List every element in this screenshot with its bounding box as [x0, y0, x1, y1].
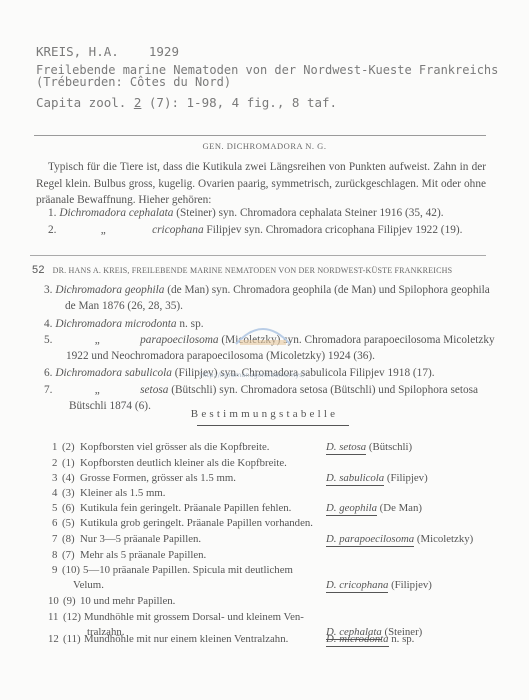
key-step-ref: (10)	[62, 564, 80, 576]
species-name: D. parapoecilosoma	[326, 533, 414, 547]
species-author: (Micoletzky)	[414, 533, 473, 545]
key-step-text: Grosse Formen, grösser als 1.5 mm.	[80, 472, 236, 484]
key-step-ref: (4)	[62, 472, 75, 484]
key-title-underline	[197, 425, 349, 426]
key-step-ref: (2)	[62, 441, 75, 453]
species-author: (Filipjev)	[384, 472, 427, 484]
key-step-text: Kutikula fein geringelt. Präanale Papill…	[80, 502, 291, 514]
key-step-number: 2	[52, 457, 57, 469]
key-step-ref: (11)	[63, 633, 81, 645]
key-species-result: D. geophila (De Man)	[326, 502, 422, 514]
species-item-2: 2. „ cricophana Filipjev syn. Chromadora…	[48, 224, 462, 236]
key-step-number: 9	[52, 564, 57, 576]
running-head: 52DR. HANS A. KREIS, FREILEBENDE MARINE …	[32, 264, 452, 276]
title-line-2: (Trébeurden: Côtes du Nord)	[36, 76, 231, 88]
key-step-text: Mehr als 5 präanale Papillen.	[80, 549, 206, 561]
citation-prefix: Capita zool.	[36, 95, 134, 110]
species-name: D. cricophana	[326, 579, 388, 593]
key-step-text-cont: Velum.	[73, 579, 104, 591]
species-item-3: 3. Dichromadora geophila (de Man) syn. C…	[44, 284, 490, 296]
key-species-result: D. setosa (Bütschli)	[326, 441, 412, 453]
species-item-7: 7. „ setosa (Bütschli) syn. Chromadora s…	[44, 384, 478, 396]
species-name: D. sabulicola	[326, 472, 384, 486]
key-step-ref: (9)	[63, 595, 76, 607]
divider-page-break	[30, 255, 486, 256]
species-author: (Filipjev)	[388, 579, 431, 591]
species-name: D. microdonta	[326, 633, 389, 647]
key-step-text: Kleiner als 1.5 mm.	[80, 487, 165, 499]
species-name: D. setosa	[326, 441, 366, 455]
key-step-ref: (6)	[62, 502, 75, 514]
key-step-number: 8	[52, 549, 57, 561]
key-step-ref: (3)	[62, 487, 75, 499]
watermark-logo	[228, 318, 298, 348]
citation: Capita zool. 2 (7): 1-98, 4 fig., 8 taf.	[36, 95, 337, 110]
genus-description: Typisch für die Tiere ist, dass die Kuti…	[36, 159, 486, 209]
key-step-text: 10 und mehr Papillen.	[80, 595, 175, 607]
key-step-number: 12	[48, 633, 59, 645]
running-head-text: DR. HANS A. KREIS, FREILEBENDE MARINE NE…	[53, 266, 453, 275]
key-step-number: 7	[52, 533, 57, 545]
watermark-arc-icon	[228, 318, 298, 348]
key-species-result: D. cricophana (Filipjev)	[326, 579, 432, 591]
key-species-result: D. microdonta n. sp.	[326, 633, 414, 645]
key-step-ref: (1)	[62, 457, 75, 469]
divider-top	[34, 135, 486, 136]
key-step-ref: (12)	[63, 611, 81, 623]
key-step-text: Kopfborsten deutlich kleiner als die Kop…	[80, 457, 287, 469]
author-year: KREIS, H.A. 1929	[36, 44, 179, 59]
key-step-number: 1	[52, 441, 57, 453]
key-step-number: 3	[52, 472, 57, 484]
key-step-text: Kutikula grob geringelt. Präanale Papill…	[80, 517, 313, 529]
species-author: n. sp.	[389, 633, 415, 645]
species-item-3-cont: de Man 1876 (26, 28, 35).	[65, 300, 183, 312]
species-author: (De Man)	[377, 502, 422, 514]
page-number: 52	[32, 264, 45, 276]
key-step-number: 10	[48, 595, 59, 607]
key-step-ref: (5)	[62, 517, 75, 529]
key-step-text: Nur 3—5 präanale Papillen.	[80, 533, 201, 545]
key-step-text: Mundhöhle mit grossem Dorsal- und kleine…	[84, 611, 304, 623]
key-step-text: Kopfborsten viel grösser als die Kopfbre…	[80, 441, 270, 453]
key-step-text: 5—10 präanale Papillen. Spicula mit deut…	[83, 564, 293, 576]
watermark-url: http://intramar.ugent.be/nemys/	[200, 371, 305, 379]
species-item-1: 1. Dichromadora cephalata (Steiner) syn.…	[48, 207, 444, 219]
key-step-number: 11	[48, 611, 58, 623]
key-step-ref: (8)	[62, 533, 75, 545]
key-species-result: D. parapoecilosoma (Micoletzky)	[326, 533, 473, 545]
key-species-result: D. sabulicola (Filipjev)	[326, 472, 428, 484]
key-step-number: 4	[52, 487, 57, 499]
key-title: Bestimmungstabelle	[0, 408, 529, 420]
key-step-ref: (7)	[62, 549, 75, 561]
key-step-text: Mundhöhle mit nur einem kleinen Ventralz…	[84, 633, 288, 645]
key-step-number: 5	[52, 502, 57, 514]
species-name: D. geophila	[326, 502, 377, 516]
key-step-number: 6	[52, 517, 57, 529]
genus-heading: GEN. DICHROMADORA N. G.	[0, 141, 529, 151]
species-item-5-cont: 1922 und Neochromadora parapoecilosoma (…	[66, 350, 375, 362]
species-author: (Bütschli)	[366, 441, 412, 453]
citation-suffix: (7): 1-98, 4 fig., 8 taf.	[141, 95, 337, 110]
species-item-4: 4. Dichromadora microdonta n. sp.	[44, 318, 204, 330]
